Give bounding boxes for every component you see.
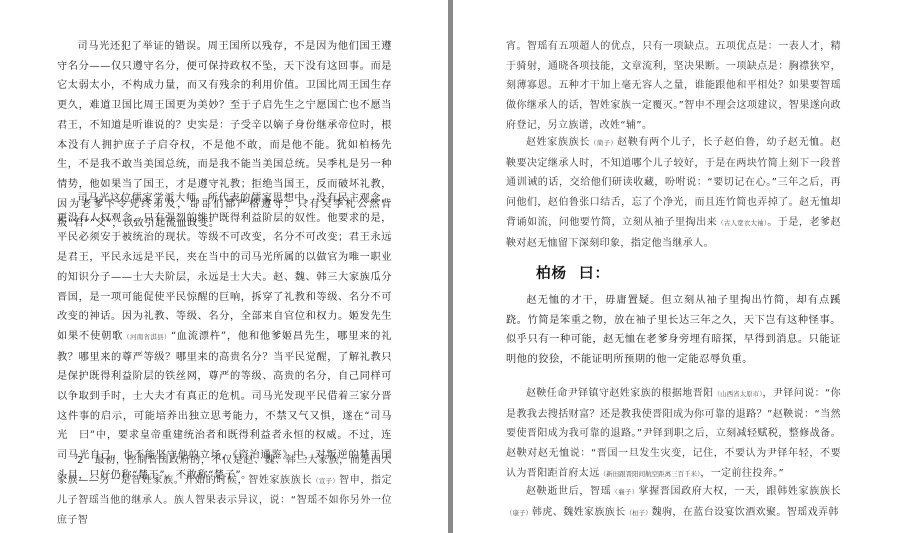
paragraph-commentary: 赵无恤的才干，毋庸置疑。但立刻从袖子里掏出竹简，却有点蹊跷。竹简是笨重之物，放在… [506, 291, 841, 370]
paragraph-text: ，一定前往投奔。” [700, 468, 784, 479]
heading-author: 柏杨 [536, 266, 567, 282]
inline-note: （古人宽衣大袖） [717, 219, 767, 227]
paragraph-text: 魏驹，在蓝台设宴饮酒欢聚。智瑶戏弄韩 [652, 507, 839, 518]
inline-note: （简子） [590, 139, 617, 147]
left-page: 司马光还犯了举证的错误。周王国所以残存，不是因为他们国王遵守名分——仅只遵守名分… [0, 0, 448, 533]
paragraph-text: 赵鞅任命尹铎镇守赵姓家族的根据地晋阳 [526, 388, 714, 399]
section-heading-boyang-says: 柏杨曰： [536, 262, 610, 283]
paragraph-text: 宵。智瑶有五项超人的优点，只有一项缺点。五项优点是：一表人才，精于骑射，通晓各项… [506, 41, 841, 131]
paragraph-text: 赵鞅有两个儿子，长子赵伯鲁，幼子赵无恤。赵鞅要决定继承人时，不知道哪个儿子较好，… [506, 137, 841, 228]
inline-note: （桓子） [626, 509, 652, 517]
paragraph-text: 赵无恤的才干，毋庸置疑。但立刻从袖子里掏出竹简，却有点蹊跷。竹简是笨重之物，放在… [506, 295, 841, 365]
inline-note: （河南省淇县） [123, 333, 171, 341]
paragraph-text: 司马光这位儒家学派大师，所代表的儒家思想中，没有民主观念，更没有人权观念，只有强… [57, 193, 392, 342]
paragraph-note-2-zhi-family: 2 最初，控制晋国政府的，不仅是赵、魏、韩三大家族，而是四大家族——另一是智姓家… [57, 451, 392, 531]
paragraph-yin-duo-jinyang: 赵鞅任命尹铎镇守赵姓家族的根据地晋阳（山西省太原市），尹铎问说：“你是教我去搜括… [506, 384, 841, 485]
right-page: 宵。智瑶有五项超人的优点，只有一项缺点。五项优点是：一表人才，精于骑射，通晓各项… [453, 0, 900, 533]
paragraph-zhi-yao-qualities: 宵。智瑶有五项超人的优点，只有一项缺点。五项优点是：一表人才，精于骑射，通晓各项… [506, 37, 841, 136]
paragraph-zhao-yang-heir: 赵姓家族族长（简子）赵鞅有两个儿子，长子赵伯鲁，幼子赵无恤。赵鞅要决定继承人时，… [506, 133, 841, 253]
paragraph-text: 赵姓家族族长 [526, 137, 590, 148]
inline-note: （宣子） [312, 477, 339, 485]
paragraph-lantai-banquet: 赵鞅逝世后，智瑶（襄子）掌握晋国政府大权，一天，跟韩姓家族族长（康子）韩虎、魏姓… [506, 482, 841, 523]
paragraph-confucian-thought: 司马光这位儒家学派大师，所代表的儒家思想中，没有民主观念，更没有人权观念，只有强… [57, 189, 392, 486]
inline-note: （襄子） [611, 488, 638, 496]
inline-note: （新田跟晋阳间航空距离三百千米） [600, 470, 701, 478]
paragraph-text: ，尹铎问说：“你是教我去搜括财富？还是教我使晋阳成为你可靠的退路？”赵鞅说：“当… [506, 388, 841, 479]
inline-note: （康子） [506, 509, 532, 517]
paragraph-text: 赵鞅逝世后，智瑶 [526, 486, 611, 497]
heading-suffix: 曰： [579, 266, 610, 282]
paragraph-text: 掌握晋国政府大权，一天，跟韩姓家族族长 [638, 486, 841, 497]
paragraph-text: 韩虎、魏姓家族族长 [532, 507, 626, 518]
inline-note: （山西省太原市） [714, 390, 763, 398]
